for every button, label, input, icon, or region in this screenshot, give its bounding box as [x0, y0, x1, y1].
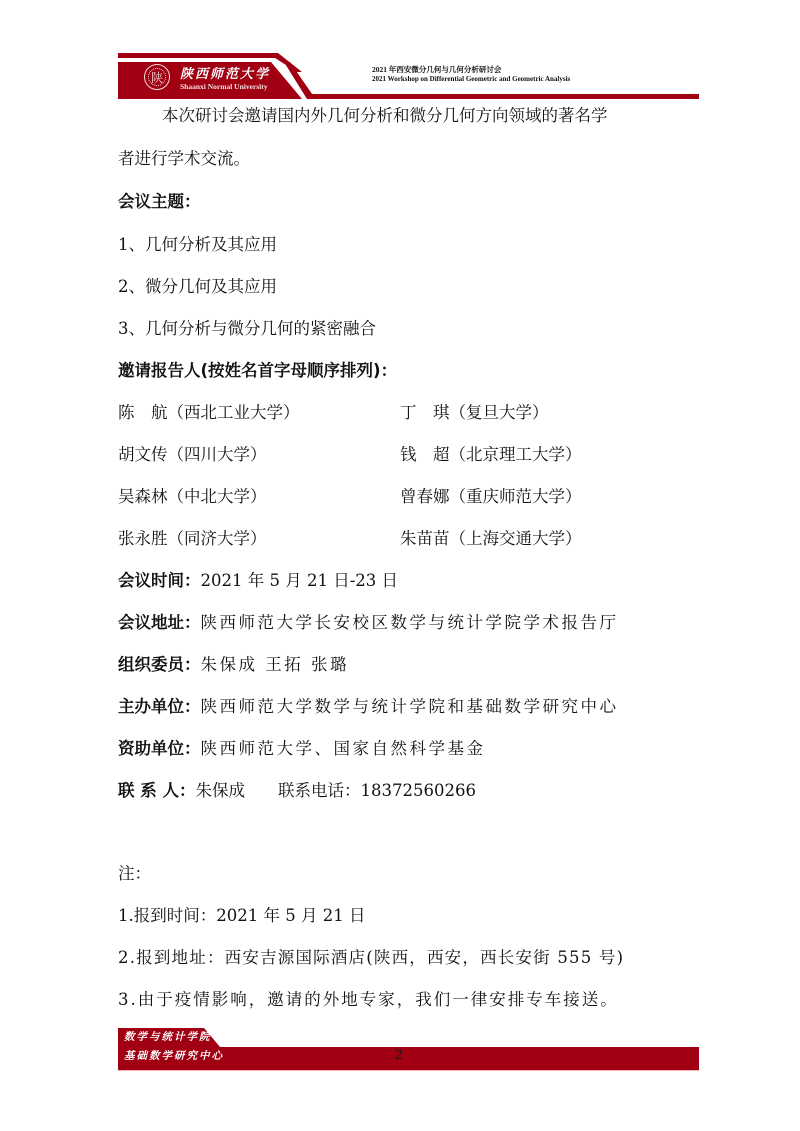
organizing-committee: 组织委员：朱保成 王拓 张璐	[118, 655, 349, 675]
sponsor-organization: 资助单位：陕西师范大学、国家自然科学基金	[118, 739, 486, 759]
university-name-cn: 陕西师范大学	[180, 63, 270, 82]
speaker-left: 胡文传（四川大学）	[118, 445, 267, 465]
university-name-en: Shaanxi Normal University	[180, 82, 268, 91]
speaker-left: 吴森林（中北大学）	[118, 487, 267, 507]
header-banner-shape	[0, 0, 800, 110]
sponsor-value: 陕西师范大学、国家自然科学基金	[201, 739, 486, 758]
host-organization: 主办单位：陕西师范大学数学与统计学院和基础数学研究中心	[118, 697, 619, 717]
speaker-right: 曾春娜（重庆师范大学）	[400, 487, 582, 507]
page-header: 陕 陕西师范大学 Shaanxi Normal University 2021 …	[0, 0, 800, 110]
contact-value: 朱保成 联系电话：18372560266	[196, 781, 476, 800]
sponsor-label: 资助单位：	[118, 739, 201, 758]
speaker-left: 陈 航（西北工业大学）	[118, 403, 300, 423]
note-item: 2.报到地址：西安吉源国际酒店(陕西，西安，西长安街 555 号)	[118, 948, 624, 968]
theme-item: 3、几何分析与微分几何的紧密融合	[118, 319, 376, 339]
speakers-heading: 邀请报告人(按姓名首字母顺序排列)：	[118, 361, 397, 381]
meeting-venue-value: 陕西师范大学长安校区数学与统计学院学术报告厅	[201, 613, 619, 632]
intro-paragraph-line-2: 者进行学术交流。	[118, 149, 250, 169]
note-item: 1.报到时间：2021 年 5 月 21 日	[118, 906, 365, 926]
meeting-time: 会议时间：2021 年 5 月 21 日-23 日	[118, 571, 398, 591]
seal-glyph: 陕	[151, 69, 163, 86]
conference-title-cn: 2021 年西安微分几何与几何分析研讨会	[372, 64, 501, 75]
footer-center-name: 基础数学研究中心	[124, 1048, 224, 1063]
host-label: 主办单位：	[118, 697, 201, 716]
intro-paragraph-line-1: 本次研讨会邀请国内外几何分析和微分几何方向领域的著名学	[162, 106, 608, 126]
contact-label: 联 系 人：	[118, 781, 196, 800]
committee-label: 组织委员：	[118, 655, 201, 674]
footer-school-name: 数学与统计学院	[124, 1029, 212, 1044]
contact-person: 联 系 人：朱保成 联系电话：18372560266	[118, 781, 476, 801]
speaker-right: 钱 超（北京理工大学）	[400, 445, 582, 465]
committee-value: 朱保成 王拓 张璐	[201, 655, 350, 674]
host-value: 陕西师范大学数学与统计学院和基础数学研究中心	[201, 697, 619, 716]
speaker-right: 朱苗苗（上海交通大学）	[400, 529, 582, 549]
page-number: 2	[395, 1047, 403, 1064]
meeting-venue-label: 会议地址：	[118, 613, 201, 632]
meeting-time-label: 会议时间：	[118, 571, 201, 590]
theme-item: 2、微分几何及其应用	[118, 277, 277, 297]
conference-title-en: 2021 Workshop on Differential Geometric …	[372, 75, 570, 83]
speaker-right: 丁 琪（复旦大学）	[400, 403, 549, 423]
meeting-venue: 会议地址：陕西师范大学长安校区数学与统计学院学术报告厅	[118, 613, 619, 633]
university-seal-logo: 陕	[144, 64, 170, 90]
theme-item: 1、几何分析及其应用	[118, 235, 277, 255]
meeting-time-value: 2021 年 5 月 21 日-23 日	[201, 571, 399, 590]
note-item: 3.由于疫情影响，邀请的外地专家，我们一律安排专车接送。	[118, 990, 619, 1010]
themes-heading: 会议主题：	[118, 192, 201, 212]
notes-heading: 注：	[118, 864, 151, 884]
speaker-left: 张永胜（同济大学）	[118, 529, 267, 549]
